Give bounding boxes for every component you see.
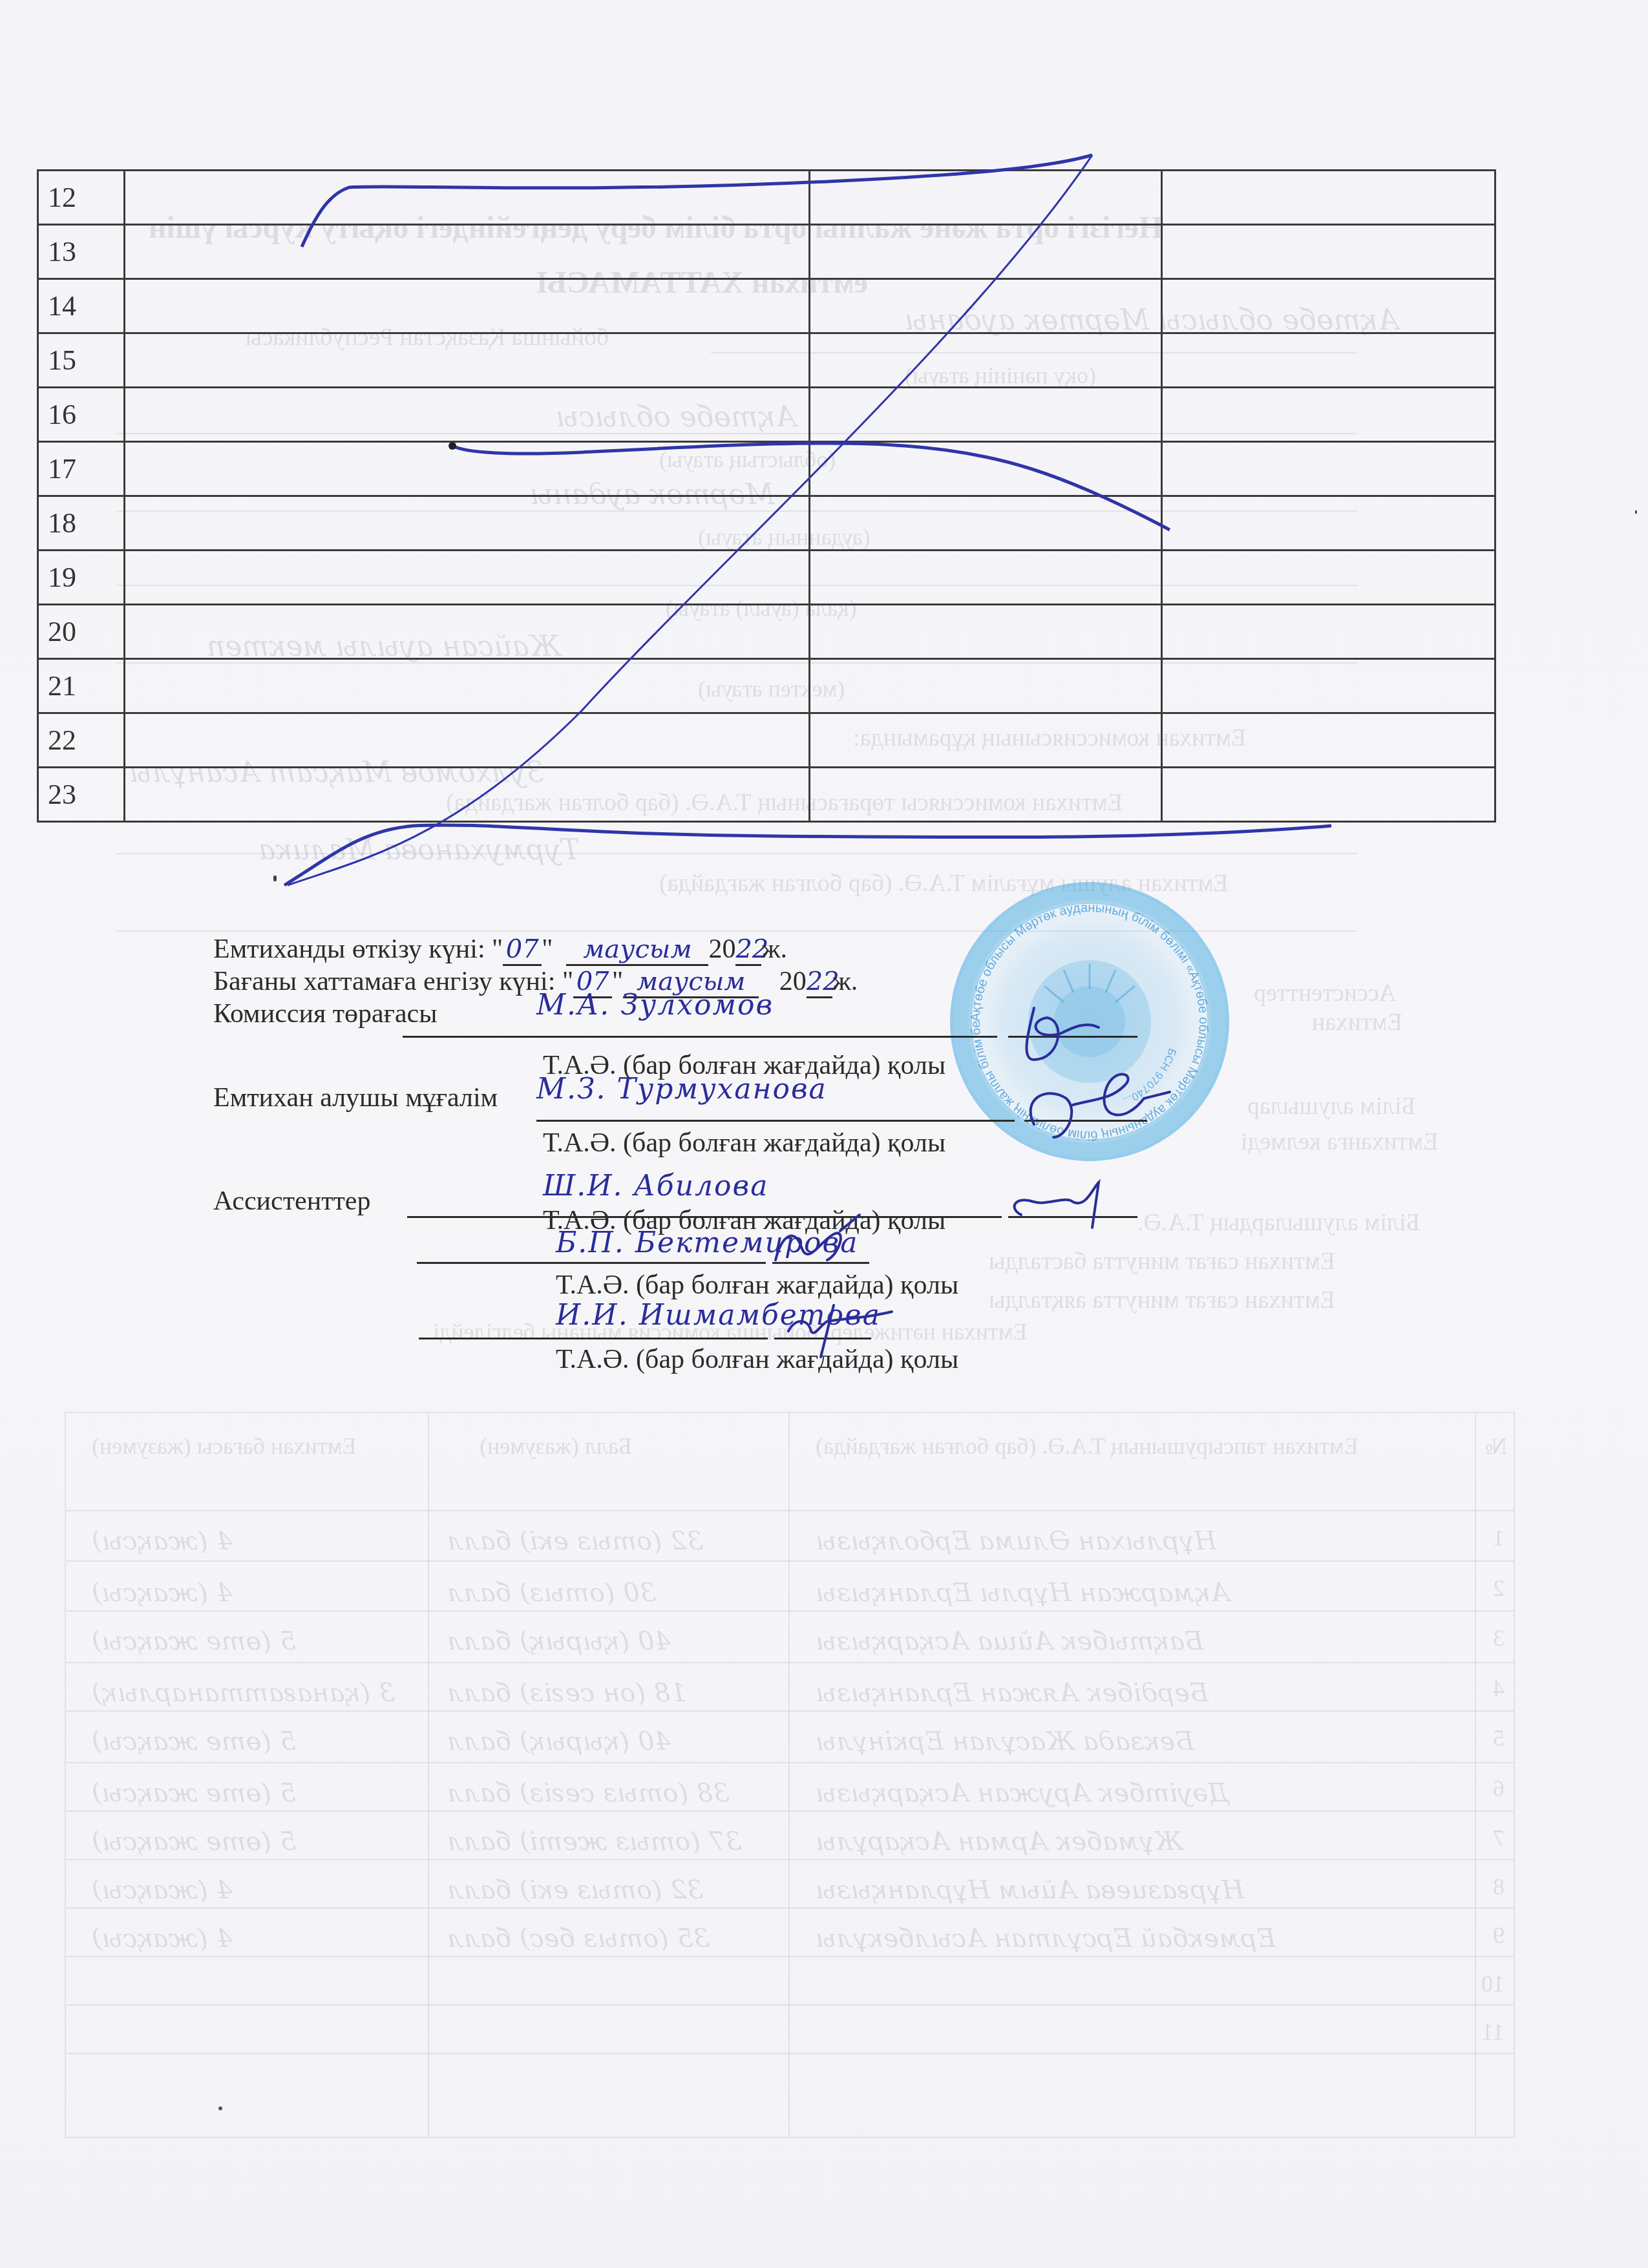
ghost-handwriting: 5 (өте жақсы) xyxy=(92,1778,296,1808)
ghost-line: Емтихан xyxy=(1312,1008,1402,1036)
ghost-handwriting: 4 (жақсы) xyxy=(92,1875,233,1905)
ghost-row-number: 9 xyxy=(1493,1922,1505,1949)
grade-cell[interactable] xyxy=(1162,279,1495,333)
ghost-row-divider xyxy=(66,1956,1514,1957)
ghost-row-divider xyxy=(66,1610,1514,1612)
ghost-row-divider xyxy=(66,1859,1514,1860)
ghost-row-number: 1 xyxy=(1493,1524,1505,1551)
table-row: 18 xyxy=(38,496,1495,551)
table-row: 20 xyxy=(38,605,1495,659)
year-suffix: ж. xyxy=(832,967,858,996)
chair-name-line xyxy=(403,1036,997,1038)
grade-cell[interactable] xyxy=(1162,768,1495,822)
grade-cell[interactable] xyxy=(1162,333,1495,388)
ghost-row-divider xyxy=(66,1762,1514,1763)
ghost-results-table: № Емтихан тапсырушының Т.А.Ә. (бар болға… xyxy=(65,1412,1515,2138)
student-name-cell[interactable] xyxy=(125,551,810,605)
ghost-handwriting: 5 (өте жақсы) xyxy=(92,1727,296,1756)
ghost-col-divider xyxy=(1475,1413,1476,2137)
student-name-cell[interactable] xyxy=(125,768,810,822)
table-row: 23 xyxy=(38,768,1495,822)
ghost-row-number: 6 xyxy=(1493,1775,1505,1802)
row-number: 20 xyxy=(38,605,125,659)
ghost-row-number: 11 xyxy=(1482,2019,1505,2046)
exam-month-field[interactable]: маусым xyxy=(566,934,708,966)
score-cell[interactable] xyxy=(810,279,1162,333)
stray-mark xyxy=(1635,510,1637,514)
grade-cell[interactable] xyxy=(1162,442,1495,496)
student-name-cell[interactable] xyxy=(125,659,810,713)
ghost-col-divider xyxy=(428,1413,429,2137)
ghost-line: Емтихан сағат минутта басталды xyxy=(989,1247,1335,1276)
teacher-name-line xyxy=(536,1120,1015,1122)
results-table-continued: 121314151617181920212223 xyxy=(37,169,1496,823)
teacher-label: Емтихан алушы мұғалім xyxy=(213,1082,498,1113)
stray-mark xyxy=(218,2106,222,2110)
assistant-2-signature-line xyxy=(772,1262,869,1264)
ghost-handwriting: Жұмабек Арман Асқарұлы xyxy=(816,1827,1183,1856)
ghost-handwriting: Турмуханова Малика xyxy=(259,834,580,866)
grade-cell[interactable] xyxy=(1162,713,1495,768)
row-number: 21 xyxy=(38,659,125,713)
ghost-handwriting: 5 (өте жақсы) xyxy=(92,1827,296,1856)
assistant-3-signature-line xyxy=(774,1338,871,1339)
ghost-handwriting: Нұрғазиева Айым Нұрланқызы xyxy=(816,1875,1244,1905)
ghost-handwriting: 4 (жақсы) xyxy=(92,1924,233,1953)
score-cell[interactable] xyxy=(810,388,1162,442)
score-cell[interactable] xyxy=(810,605,1162,659)
ghost-handwriting: 30 (отыз) балл xyxy=(447,1578,656,1608)
ghost-handwriting: Дәуітбек Аружан Асқарқызы xyxy=(816,1778,1229,1808)
ghost-row-number: 7 xyxy=(1493,1825,1505,1852)
teacher-signature-line xyxy=(1024,1120,1147,1122)
score-cell[interactable] xyxy=(810,496,1162,551)
row-number: 14 xyxy=(38,279,125,333)
row-number: 13 xyxy=(38,225,125,279)
ghost-row-number: 10 xyxy=(1481,1970,1505,1997)
grade-cell[interactable] xyxy=(1162,605,1495,659)
table-row: 17 xyxy=(38,442,1495,496)
score-cell[interactable] xyxy=(810,225,1162,279)
student-name-cell[interactable] xyxy=(125,388,810,442)
student-name-cell[interactable] xyxy=(125,333,810,388)
row-number: 23 xyxy=(38,768,125,822)
table-row: 15 xyxy=(38,333,1495,388)
ghost-row-divider xyxy=(66,1662,1514,1663)
ghost-header: Балл (жазумен) xyxy=(480,1433,632,1460)
table-row: 16 xyxy=(38,388,1495,442)
ghost-handwriting: Ермекбай Ерсұлтан Асылбекұлы xyxy=(816,1924,1276,1953)
table-row: 19 xyxy=(38,551,1495,605)
ghost-row-divider xyxy=(66,1811,1514,1812)
ghost-handwriting: Ақмаржан Нұрлы Ерланқызы xyxy=(816,1578,1230,1608)
ghost-line: Ассистенттер xyxy=(1254,979,1396,1007)
grade-cell[interactable] xyxy=(1162,551,1495,605)
ghost-line: Емтихан сағат минутта аяқталды xyxy=(989,1286,1335,1314)
ghost-handwriting: Бердібек Аяжан Ерланқызы xyxy=(816,1678,1209,1708)
ghost-handwriting: 4 (жақсы) xyxy=(92,1578,233,1608)
ghost-handwriting: 32 (отыз екі) балл xyxy=(447,1875,703,1905)
student-name-cell[interactable] xyxy=(125,225,810,279)
student-name-cell[interactable] xyxy=(125,171,810,225)
ghost-row-divider xyxy=(66,1560,1514,1562)
table-row: 12 xyxy=(38,171,1495,225)
chair-label: Комиссия төрағасы xyxy=(213,998,437,1029)
stray-mark xyxy=(273,876,277,881)
ghost-line: Емтиханға келмеді xyxy=(1241,1128,1439,1156)
score-cell[interactable] xyxy=(810,333,1162,388)
score-cell[interactable] xyxy=(810,551,1162,605)
teacher-name-field[interactable]: М.З. Турмуханова xyxy=(536,1073,827,1106)
entry-year-field[interactable]: 22 xyxy=(807,967,832,998)
score-cell[interactable] xyxy=(810,442,1162,496)
assistant-3-name-field[interactable]: И.И. Ишмамбетова xyxy=(556,1299,881,1332)
ghost-row-number: 5 xyxy=(1493,1725,1505,1752)
row-number: 19 xyxy=(38,551,125,605)
ghost-row-number: 3 xyxy=(1493,1624,1505,1652)
ghost-handwriting: Бақтыбек Айша Асқарқызы xyxy=(816,1626,1204,1656)
row-number: 15 xyxy=(38,333,125,388)
grade-cell[interactable] xyxy=(1162,225,1495,279)
document-page: Негізгі орта және жалпы орта білім беру … xyxy=(0,0,1648,2268)
ghost-line: Білім алушылардың Т.А.Ә. xyxy=(1137,1208,1420,1237)
assistant-1-name-field[interactable]: Ш.И. Абилова xyxy=(543,1170,768,1202)
ghost-handwriting: 5 (өте жақсы) xyxy=(92,1626,296,1656)
chair-signature-line xyxy=(1008,1036,1137,1038)
ghost-row-divider xyxy=(66,2004,1514,2006)
student-name-cell[interactable] xyxy=(125,279,810,333)
row-number: 16 xyxy=(38,388,125,442)
ghost-handwriting: 37 (отыз жеті) балл xyxy=(447,1827,742,1856)
student-name-cell[interactable] xyxy=(125,713,810,768)
ghost-row-number: 2 xyxy=(1493,1575,1505,1602)
ghost-handwriting: 38 (отыз сегіз) балл xyxy=(447,1778,730,1808)
ghost-header: Емтихан бағасы (жазумен) xyxy=(92,1433,357,1460)
teacher-caption: Т.А.Ә. (бар болған жағдайда) қолы xyxy=(543,1128,945,1159)
exam-year-field[interactable]: 22 xyxy=(735,934,761,966)
row-number: 22 xyxy=(38,713,125,768)
table-row: 22 xyxy=(38,713,1495,768)
exam-date-label: Емтиханды өткізу күні: " xyxy=(213,934,503,964)
ghost-handwriting: 35 (отыз бес) балл xyxy=(447,1924,710,1953)
row-number: 18 xyxy=(38,496,125,551)
ghost-row-number: 4 xyxy=(1493,1675,1505,1702)
ghost-handwriting: 18 (он сегіз) балл xyxy=(447,1678,687,1708)
entry-date-label: Бағаны хаттамаға енгізу күні: " xyxy=(213,967,573,996)
ghost-row-number: 8 xyxy=(1493,1873,1505,1900)
exam-date-line: Емтиханды өткізу күні: "07" маусым2022ж. xyxy=(213,934,787,966)
row-number: 17 xyxy=(38,442,125,496)
stamp-emblem-icon: Ақтөбе облысы Мәртөк ауданының білім бөл… xyxy=(954,886,1225,1157)
exam-year-prefix: 20 xyxy=(708,934,735,964)
score-cell[interactable] xyxy=(810,713,1162,768)
year-suffix: ж. xyxy=(761,934,787,964)
ghost-line: Білім алушылар xyxy=(1247,1092,1415,1120)
grade-cell[interactable] xyxy=(1162,171,1495,225)
ghost-row-divider xyxy=(66,2053,1514,2054)
grade-cell[interactable] xyxy=(1162,496,1495,551)
grade-cell[interactable] xyxy=(1162,388,1495,442)
score-cell[interactable] xyxy=(810,659,1162,713)
assistant-2-caption: Т.А.Ә. (бар болған жағдайда) қолы xyxy=(556,1270,958,1301)
ghost-row-divider xyxy=(66,1510,1514,1511)
student-name-cell[interactable] xyxy=(125,442,810,496)
table-row: 14 xyxy=(38,279,1495,333)
assistant-3-caption: Т.А.Ә. (бар болған жағдайда) қолы xyxy=(556,1344,958,1375)
ghost-header: № xyxy=(1485,1433,1507,1460)
ghost-handwriting: 40 (қырық) балл xyxy=(447,1727,671,1756)
entry-year-prefix: 20 xyxy=(779,967,807,996)
assistant-1-signature-line xyxy=(1008,1216,1137,1218)
chair-name-field[interactable]: М.А. Зулхомов xyxy=(536,989,774,1022)
ghost-handwriting: 3 (қанағаттанарлық) xyxy=(92,1678,395,1708)
ghost-col-divider xyxy=(788,1413,790,2137)
ghost-handwriting: Нұрлыхан Әлима Ерболқызы xyxy=(816,1526,1217,1556)
ghost-header: Емтихан тапсырушының Т.А.Ә. (бар болған … xyxy=(816,1433,1358,1460)
ghost-handwriting: 40 (қырық) балл xyxy=(447,1626,671,1656)
student-name-cell[interactable] xyxy=(125,496,810,551)
score-cell[interactable] xyxy=(810,171,1162,225)
ghost-handwriting: Бекзада Жасұлан Еркінұлы xyxy=(816,1727,1194,1756)
row-number: 12 xyxy=(38,171,125,225)
ghost-handwriting: 32 (отыз екі) балл xyxy=(447,1526,703,1556)
student-name-cell[interactable] xyxy=(125,605,810,659)
assistants-label: Ассистенттер xyxy=(213,1186,371,1217)
assistant-2-name-line xyxy=(417,1262,766,1264)
table-row: 13 xyxy=(38,225,1495,279)
ghost-row-divider xyxy=(66,1710,1514,1712)
assistant-3-name-line xyxy=(419,1338,768,1339)
exam-day-field[interactable]: 07 xyxy=(503,934,542,966)
ghost-row-divider xyxy=(66,1907,1514,1909)
score-cell[interactable] xyxy=(810,768,1162,822)
assistant-2-name-field[interactable]: Б.П. Бектемирова xyxy=(556,1226,858,1259)
grade-cell[interactable] xyxy=(1162,659,1495,713)
quote-close: " xyxy=(542,934,553,964)
table-row: 21 xyxy=(38,659,1495,713)
ghost-handwriting: 4 (жақсы) xyxy=(92,1526,233,1556)
